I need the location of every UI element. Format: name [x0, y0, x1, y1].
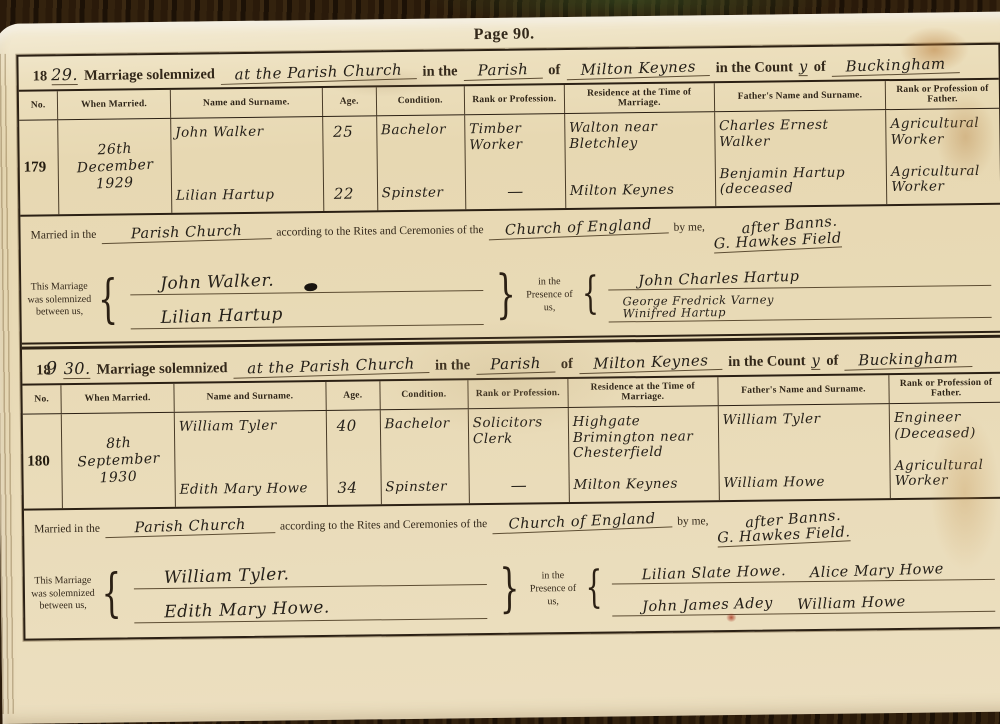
column-header-when-married: When Married.	[62, 384, 175, 413]
column-header-name: Name and Surname.	[171, 88, 323, 118]
cell-when-married: 26th December 1929	[58, 119, 172, 214]
cell-professions: Timber Worker —	[465, 114, 566, 209]
brace-glyph: }	[496, 269, 516, 321]
page-stack-edge	[0, 54, 16, 669]
cell-when-married: 8th September 1930	[62, 413, 176, 508]
bride-signature-line: Edith Mary Howe.	[134, 593, 487, 623]
rites-label: according to the Rites and Ceremonies of…	[276, 224, 483, 239]
groom-signature: John Walker.	[160, 271, 274, 294]
married-in-label: Married in the	[31, 229, 97, 242]
column-header-no: No.	[19, 91, 59, 119]
cell-names: William Tyler Edith Mary Howe	[175, 411, 328, 507]
cell-residences: Highgate Brimington near Chesterfield Mi…	[569, 406, 720, 502]
spouse-signatures: John Walker. Lilian Hartup	[124, 265, 490, 329]
heading-label: in the Count	[716, 59, 794, 77]
officiant-block: after Banns. G. Hawkes Field.	[717, 511, 851, 546]
column-header-profession: Rank or Profession.	[468, 379, 568, 408]
brace-glyph: {	[585, 566, 602, 610]
cell-entry-number: 179	[19, 120, 59, 214]
cell-father-professions: Agricultural Worker Agricultural Worker	[886, 109, 1000, 204]
bride-name: Lilian Hartup	[176, 188, 319, 205]
witness-line: Lilian Slate Howe. Alice Mary Howe	[612, 554, 995, 585]
heading-label: of	[814, 59, 826, 76]
bride-profession: —	[473, 476, 564, 496]
heading-label: of	[561, 356, 573, 373]
heading-label: in the	[435, 357, 470, 374]
bride-father-profession: Agricultural Worker	[895, 458, 1000, 490]
when-married-year: 1930	[99, 469, 137, 487]
cell-fathers: Charles Ernest Walker Benjamin Hartup (d…	[715, 110, 888, 206]
by-me-label: by me,	[674, 221, 705, 233]
groom-signature: William Tyler.	[164, 564, 290, 588]
signatures-row: This Marriage was solemnized between us,…	[24, 543, 1000, 639]
church-handwritten: at the Parish Church	[233, 354, 429, 379]
rites-label: according to the Rites and Ceremonies of…	[280, 518, 487, 533]
column-header-father-profession: Rank or Profession of Father.	[890, 374, 1000, 403]
married-in-handwritten: Parish Church	[105, 516, 275, 538]
groom-signature-line: John Walker.	[130, 265, 483, 295]
year-overwrite-handwritten: 9	[46, 358, 58, 379]
groom-father-profession: Engineer (Deceased)	[894, 410, 999, 442]
heading-label: of	[826, 353, 838, 370]
bride-father-profession: Agricultural Worker	[891, 164, 996, 196]
witness-signature: Lilian Slate Howe.	[642, 563, 787, 583]
brace-glyph: {	[582, 272, 599, 316]
cell-conditions: Bachelor Spinster	[380, 409, 469, 504]
witness-line: George Fredrick Varney Winifred Hartup	[608, 292, 991, 323]
register-page: Page 90. 1829. Marriage solemnized at th…	[0, 12, 1000, 669]
brace-glyph: {	[98, 274, 118, 326]
witness-signature: John James Adey	[642, 595, 773, 615]
groom-profession: Timber Worker	[469, 121, 560, 153]
cell-names: John Walker Lilian Hartup	[171, 117, 324, 213]
county-handwritten: Buckingham	[832, 54, 961, 77]
bride-name: Edith Mary Howe	[179, 482, 322, 499]
heading-label: in the Count	[728, 353, 806, 371]
bride-residence: Milton Keynes	[573, 477, 714, 494]
bride-signature: Lilian Hartup	[160, 304, 283, 328]
table-data-row: 180 8th September 1930 William Tyler Edi…	[23, 403, 1000, 511]
when-married-month: December	[76, 157, 154, 177]
rites-handwritten: Church of England	[492, 510, 673, 534]
column-header-condition: Condition.	[380, 380, 469, 409]
column-header-age: Age.	[323, 87, 377, 116]
column-header-residence: Residence at the Time of Marriage.	[565, 83, 715, 113]
column-header-residence: Residence at the Time of Marriage.	[568, 377, 718, 407]
brace-glyph: {	[101, 567, 121, 619]
groom-residence: Walton near Bletchley	[569, 119, 710, 152]
column-header-age: Age.	[326, 381, 380, 410]
parish-name-handwritten: Milton Keynes	[566, 57, 710, 80]
witness-signature: Winifred Hartup	[623, 307, 726, 320]
groom-name: John Walker	[175, 124, 318, 141]
bride-age: 22	[328, 185, 373, 203]
register-entry-180: 18930. Marriage solemnized at the Parish…	[22, 338, 1000, 639]
when-married-month: September	[77, 451, 160, 471]
groom-father: William Tyler	[723, 411, 886, 428]
bride-father: Benjamin Hartup (deceased	[720, 165, 883, 198]
column-header-profession: Rank or Profession.	[465, 85, 565, 114]
groom-age: 40	[331, 417, 376, 435]
groom-signature-line: William Tyler.	[134, 559, 487, 589]
column-header-father: Father's Name and Surname.	[715, 81, 887, 111]
column-header-name: Name and Surname.	[174, 382, 326, 412]
groom-profession: Solicitors Clerk	[473, 415, 564, 447]
when-married-year: 1929	[96, 175, 134, 193]
column-header-when-married: When Married.	[58, 90, 171, 119]
cell-father-professions: Engineer (Deceased) Agricultural Worker	[890, 403, 1000, 498]
year-handwritten: 29.	[51, 65, 78, 85]
groom-condition: Bachelor	[381, 122, 460, 138]
cell-fathers: William Tyler William Howe	[718, 404, 891, 500]
county-handwritten: Buckingham	[844, 348, 973, 371]
spouse-signatures: William Tyler. Edith Mary Howe.	[128, 559, 494, 623]
cell-conditions: Bachelor Spinster	[377, 115, 466, 210]
parish-word-handwritten: Parish	[463, 60, 542, 81]
brace-glyph: }	[499, 563, 519, 615]
witness-signatures: Lilian Slate Howe. Alice Mary Howe John …	[608, 554, 1000, 617]
bride-residence: Milton Keynes	[570, 183, 711, 200]
witness-signature: William Howe	[797, 594, 906, 613]
parish-word-handwritten: Parish	[476, 353, 555, 374]
groom-father: Charles Ernest Walker	[719, 117, 882, 150]
table-data-row: 179 26th December 1929 John Walker Lilia…	[19, 109, 1000, 217]
ink-blot	[304, 283, 317, 291]
heading-label: in the	[422, 63, 457, 80]
bride-signature: Edith Mary Howe.	[164, 597, 330, 622]
when-married-day: 26th	[97, 141, 132, 159]
parish-name-handwritten: Milton Keynes	[579, 351, 723, 374]
heading-label: Marriage solemnized	[97, 360, 228, 379]
rites-handwritten: Church of England	[488, 216, 669, 240]
by-me-label: by me,	[677, 515, 708, 527]
cell-entry-number: 180	[23, 414, 63, 508]
witness-signature: John Charles Hartup	[638, 269, 800, 290]
married-in-handwritten: Parish Church	[101, 222, 271, 244]
bride-condition: Spinster	[382, 186, 461, 202]
groom-name: William Tyler	[179, 418, 322, 435]
bride-signature-line: Lilian Hartup	[131, 299, 484, 329]
marriage-register: 1829. Marriage solemnized at the Parish …	[16, 43, 1000, 641]
bride-condition: Spinster	[385, 480, 464, 496]
year-handwritten: 30.	[64, 359, 91, 379]
presence-label: in the Presence of us,	[526, 568, 580, 608]
register-entry-179: 1829. Marriage solemnized at the Parish …	[18, 45, 1000, 345]
year-printed: 18	[33, 68, 48, 85]
witness-signatures: John Charles Hartup George Fredrick Varn…	[604, 260, 996, 323]
cell-professions: Solicitors Clerk —	[469, 408, 570, 503]
signatures-row: This Marriage was solemnized between us,…	[21, 249, 1000, 345]
married-in-label: Married in the	[34, 523, 100, 536]
heading-label: of	[548, 62, 560, 79]
cell-ages: 40 34	[327, 410, 382, 505]
county-y-handwritten: y	[799, 59, 808, 76]
solemnized-label: This Marriage was solemnized between us,	[31, 575, 95, 613]
solemnized-label: This Marriage was solemnized between us,	[27, 281, 91, 319]
column-header-father-profession: Rank or Profession of Father.	[886, 80, 999, 109]
witness-line: John James Adey William Howe	[612, 586, 995, 617]
presence-label: in the Presence of us,	[522, 274, 576, 314]
witness-line: John Charles Hartup	[608, 260, 991, 291]
cell-ages: 25 22	[323, 116, 378, 211]
groom-condition: Bachelor	[384, 416, 463, 432]
church-handwritten: at the Parish Church	[221, 60, 417, 85]
groom-residence: Highgate Brimington near Chesterfield	[573, 413, 714, 461]
witness-signature: Alice Mary Howe	[810, 561, 945, 581]
county-y-handwritten: y	[811, 353, 820, 370]
column-header-father: Father's Name and Surname.	[718, 375, 890, 405]
bride-father: William Howe	[723, 475, 886, 492]
column-header-no: No.	[22, 385, 62, 413]
bride-profession: —	[470, 182, 561, 202]
when-married-day: 8th	[105, 435, 131, 452]
groom-father-profession: Agricultural Worker	[890, 116, 995, 148]
heading-label: Marriage solemnized	[84, 66, 215, 85]
officiant-block: after Banns. G. Hawkes Field	[714, 217, 843, 252]
cell-residences: Walton near Bletchley Milton Keynes	[565, 112, 716, 208]
bride-age: 34	[331, 479, 376, 497]
column-header-condition: Condition.	[376, 86, 465, 115]
groom-age: 25	[327, 123, 372, 141]
